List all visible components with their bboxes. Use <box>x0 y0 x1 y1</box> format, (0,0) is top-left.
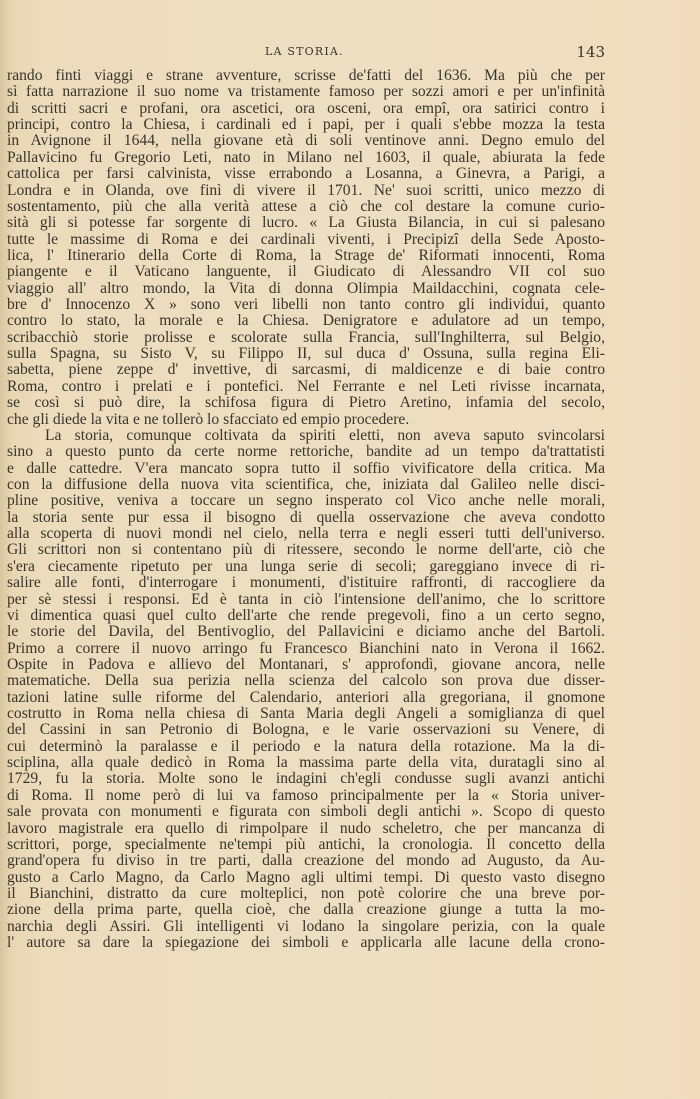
text-line: piangente e il Vaticano languente, il Gi… <box>7 264 605 280</box>
text-line: Roma, contro i prelati e i pontefici. Ne… <box>7 379 605 395</box>
body-text: rando finti viaggi e strane avventure, s… <box>7 68 605 951</box>
text-line: principi, contro la Chiesa, i cardinali … <box>7 117 605 133</box>
text-line: s'era ciecamente ripetuto per una lunga … <box>7 559 605 575</box>
text-line: alla scoperta di nuovi mondi nel cielo, … <box>7 526 605 542</box>
text-line: contro lo stato, la morale e la Chiesa. … <box>7 313 605 329</box>
text-line: le storie del Davila, del Bentivoglio, d… <box>7 624 605 640</box>
text-line: narchia degli Assiri. Gli intelligenti v… <box>7 919 605 935</box>
text-line: matematiche. Della sua perizia nella sci… <box>7 673 605 689</box>
paragraph-1: rando finti viaggi e strane avventure, s… <box>7 68 605 428</box>
text-line: gusto a Carlo Magno, da Carlo Magno agli… <box>7 870 605 886</box>
text-line: la storia sente pur essa il bisogno di q… <box>7 510 605 526</box>
text-line: se così si può dire, la schifosa figura … <box>7 395 605 411</box>
text-line: Gli scrittori non si contentano più di r… <box>7 542 605 558</box>
text-line: salire alle fonti, d'interrogare i monum… <box>7 575 605 591</box>
text-line: 1729, fu la storia. Molte sono le indagi… <box>7 771 605 787</box>
text-line: scribacchiò storie prolisse e scolorate … <box>7 330 605 346</box>
text-line: tutte le massime di Roma e dei cardinali… <box>7 232 605 248</box>
text-line: lica, l' Itinerario della Corte di Roma,… <box>7 248 605 264</box>
text-line: sostentamento, più che alla verità attes… <box>7 199 605 215</box>
text-line: il Bianchini, distratto da cure moltepli… <box>7 886 605 902</box>
text-line: lavoro magistrale era quello di rimpolpa… <box>7 821 605 837</box>
text-line: costrutto in Roma nella chiesa di Santa … <box>7 706 605 722</box>
text-line: del Cassini in san Petronio di Bologna, … <box>7 722 605 738</box>
book-page: LA STORIA. 143 rando finti viaggi e stra… <box>0 0 700 1099</box>
running-head: LA STORIA. 143 <box>7 45 605 63</box>
text-line: sciplina, alla quale dedicò in Roma la m… <box>7 755 605 771</box>
text-line: vi dimentica quasi quel culto dell'arte … <box>7 608 605 624</box>
text-line: sale provata con monumenti e figurata co… <box>7 804 605 820</box>
text-line: che gli diede la vita e ne tollerò lo sf… <box>7 412 605 428</box>
text-line: tazioni latine sulle riforme del Calenda… <box>7 690 605 706</box>
text-line: bre d' Innocenzo X » sono veri libelli n… <box>7 297 605 313</box>
text-line: sabetta, piene zeppe d' invettive, di sa… <box>7 362 605 378</box>
text-line: di Roma. Il nome però di lui va famoso p… <box>7 788 605 804</box>
running-title: LA STORIA. <box>265 45 344 58</box>
text-line: sì fatta narrazione il suo nome va trist… <box>7 84 605 100</box>
text-line: rando finti viaggi e strane avventure, s… <box>7 68 605 84</box>
text-line: sità gli si potesse far sorgente di lucr… <box>7 215 605 231</box>
text-line: pline positive, veniva a toccare un segn… <box>7 493 605 509</box>
text-line: sino a questo punto da certe norme retto… <box>7 444 605 460</box>
text-line: e dalle cattedre. V'era mancato sopra tu… <box>7 461 605 477</box>
text-line: in Avignone il 1644, nella giovane età d… <box>7 133 605 149</box>
text-line: grand'opera fu diviso in tre parti, dall… <box>7 853 605 869</box>
text-line: viaggio all' altro mondo, la Vita di don… <box>7 281 605 297</box>
text-line: di scritti sacri e profani, ora ascetici… <box>7 101 605 117</box>
text-line: l' autore sa dare la spiegazione dei sim… <box>7 935 605 951</box>
page-number: 143 <box>576 43 605 61</box>
text-line: cui determinò la paralasse e il periodo … <box>7 739 605 755</box>
text-line: Pallavicino fu Gregorio Leti, nato in Mi… <box>7 150 605 166</box>
text-line: per sè stessi i responsi. Ed è tanta in … <box>7 592 605 608</box>
text-line: La storia, comunque coltivata da spiriti… <box>7 428 605 444</box>
text-line: scrittori, porge, specialmente ne'tempi … <box>7 837 605 853</box>
text-line: con la diffusione della nuova vita scien… <box>7 477 605 493</box>
text-line: Ospite in Padova e allievo del Montanari… <box>7 657 605 673</box>
text-line: zione della prima parte, quella cioè, ch… <box>7 902 605 918</box>
text-line: cattolica per farsi calvinista, visse er… <box>7 166 605 182</box>
text-line: Londra e in Olanda, ove finì di vivere i… <box>7 183 605 199</box>
text-line: sulla Spagna, su Sisto V, su Filippo II,… <box>7 346 605 362</box>
text-line: Primo a correre il nuovo arringo fu Fran… <box>7 641 605 657</box>
paragraph-2: La storia, comunque coltivata da spiriti… <box>7 428 605 952</box>
